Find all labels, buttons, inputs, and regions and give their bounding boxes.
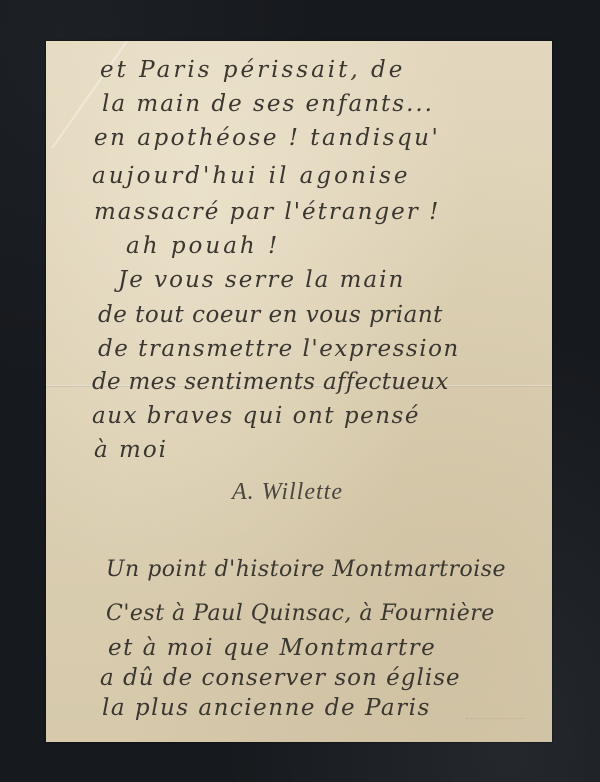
letter-line: Je vous serre la main bbox=[118, 269, 405, 292]
letter-line: de mes sentiments affectueux bbox=[92, 371, 449, 394]
postscript-title: Un point d'histoire Montmartroise bbox=[106, 559, 506, 581]
letter-line: en apothéose ! tandisqu' bbox=[94, 127, 440, 150]
signature: A. Willette bbox=[232, 479, 343, 506]
letter-line: et Paris périssait, de bbox=[100, 59, 405, 82]
letter-line: aux braves qui ont pensé bbox=[92, 405, 420, 428]
postscript-line: a dû de conserver son église bbox=[100, 667, 461, 690]
letter-line: la main de ses enfants... bbox=[102, 93, 434, 116]
letter-page: et Paris périssait, de la main de ses en… bbox=[46, 41, 552, 742]
letter-line: ah pouah ! bbox=[126, 235, 280, 258]
postscript-line: C'est à Paul Quinsac, à Fournière bbox=[106, 603, 495, 625]
postscript-line: et à moi que Montmartre bbox=[108, 637, 436, 660]
letter-line: massacré par l'étranger ! bbox=[94, 201, 440, 224]
letter-line: à moi bbox=[94, 439, 168, 462]
letter-line: de tout coeur en vous priant bbox=[98, 304, 443, 327]
letter-line: de transmettre l'expression bbox=[98, 338, 460, 361]
faint-pencil-annotation bbox=[466, 704, 524, 719]
postscript-line: la plus ancienne de Paris bbox=[102, 697, 431, 720]
letter-line: aujourd'hui il agonise bbox=[92, 165, 411, 188]
